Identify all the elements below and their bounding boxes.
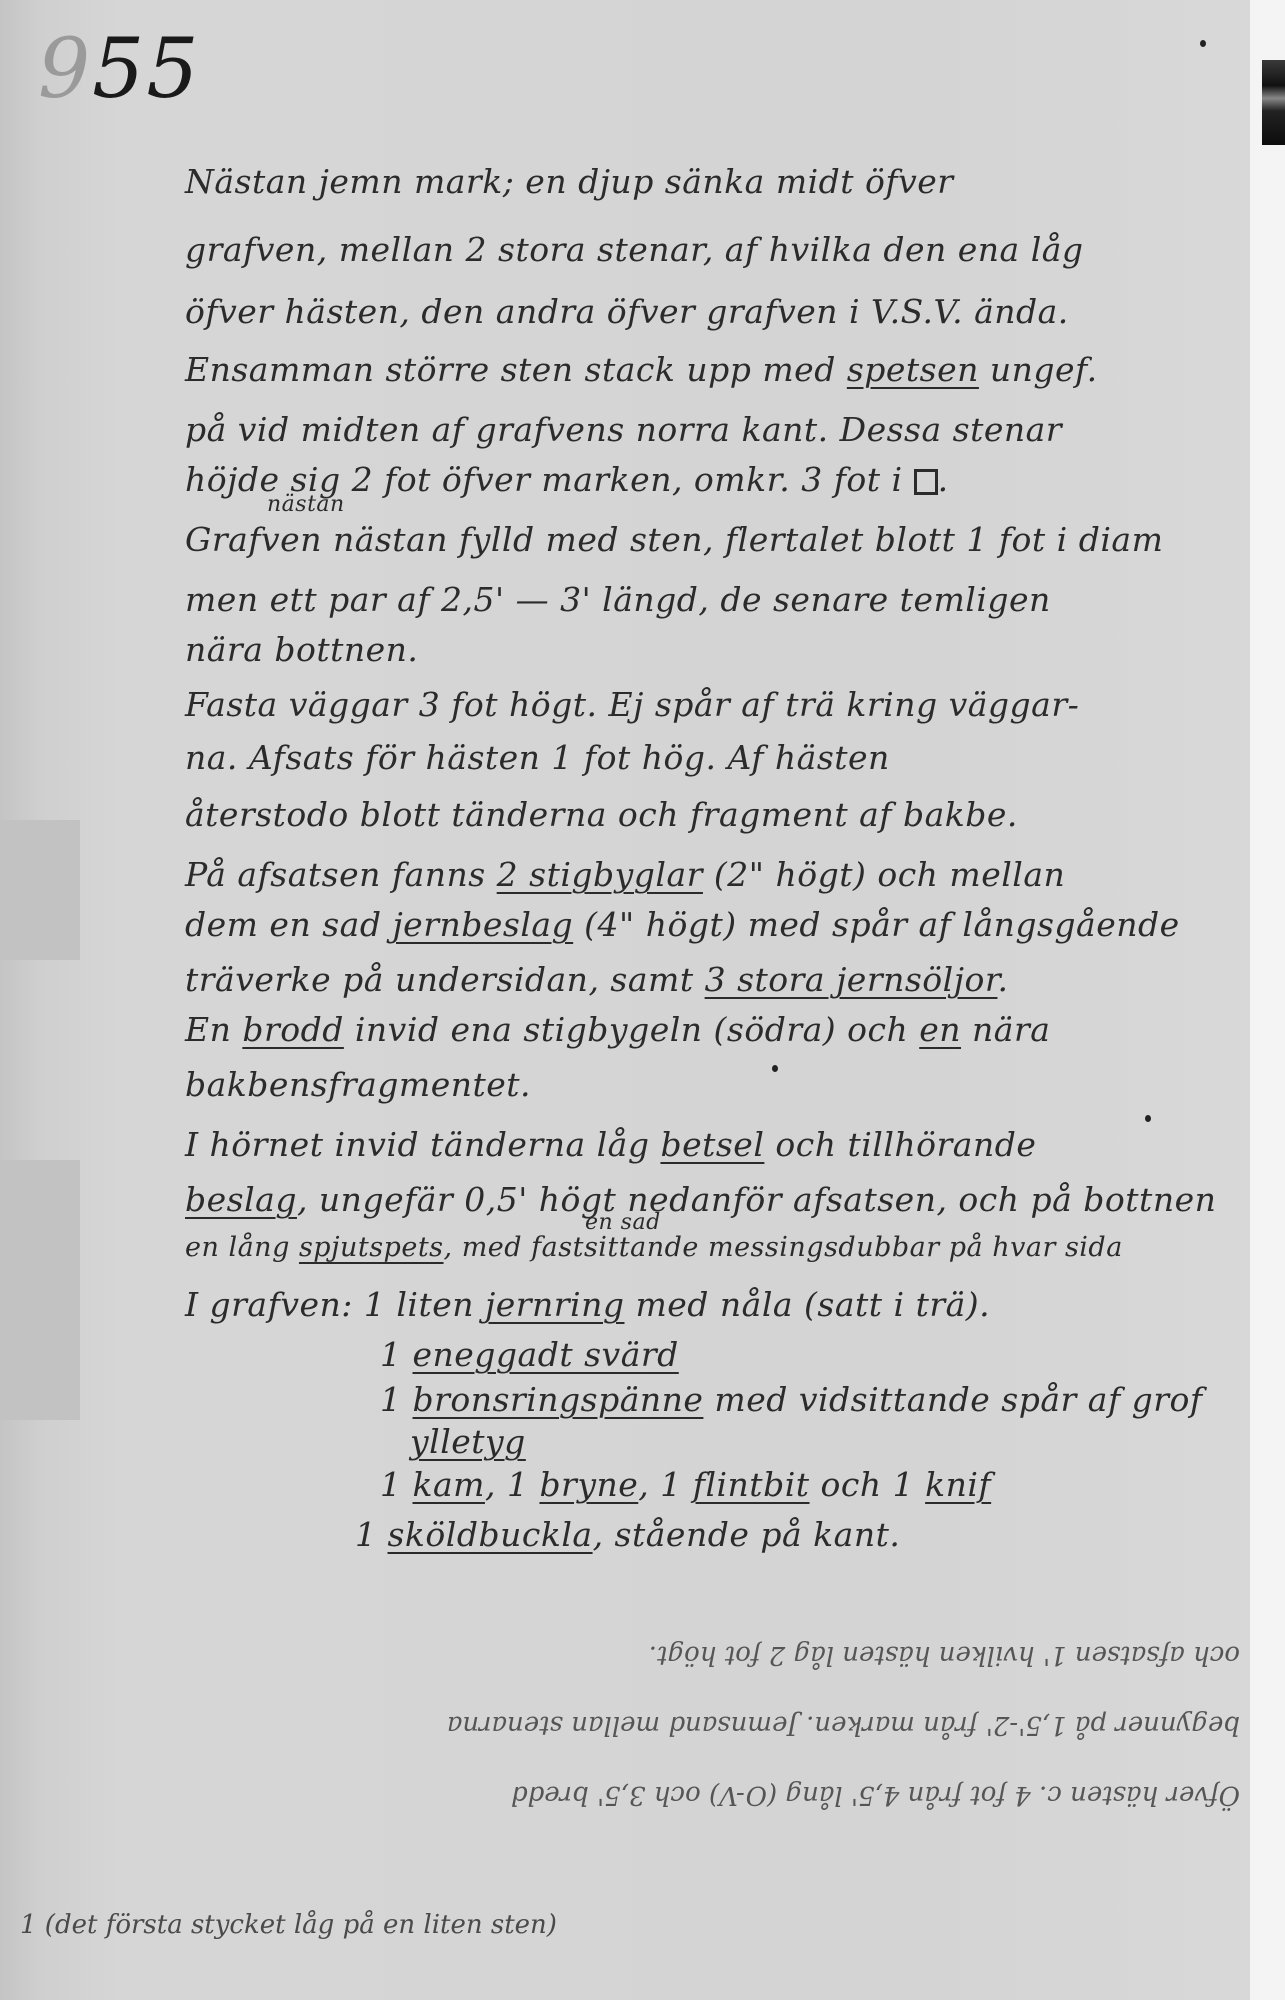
body-line: 1 sköldbuckla, stående på kant. [355,1515,900,1554]
body-line: na. Afsats för hästen 1 fot hög. Af häst… [185,738,890,777]
underlined-word: brodd [242,1010,344,1049]
body-line: träverke på undersidan, samt 3 stora jer… [185,960,1008,999]
square-symbol [914,469,938,495]
paper-tab-shadow [0,1160,80,1420]
page-number-main: 55 [92,22,200,117]
underlined-word: betsel [660,1125,764,1164]
underlined-word: en [919,1010,961,1049]
underlined-word: spetsen [847,350,979,389]
underlined-word: spjutspets [299,1232,444,1263]
ink-speck [772,1065,778,1072]
body-line: På afsatsen fanns 2 stigbyglar (2" högt)… [185,855,1065,894]
body-line: bakbensfragmentet. [185,1065,531,1104]
body-line: på vid midten af grafvens norra kant. De… [185,410,1062,449]
scan-edge [1250,0,1285,2000]
body-line: Fasta väggar 3 fot högt. Ej spår af trä … [185,685,1079,724]
interlinear-note: nästan [267,492,345,517]
underlined-word: flintbit [693,1465,810,1504]
body-line: I grafven: 1 liten jernring med nåla (sa… [185,1285,990,1324]
page-number-prefix: 9 [38,22,92,117]
underlined-word: knif [925,1465,991,1504]
underlined-word: ylletyg [410,1422,526,1461]
body-line: 1 bronsringspänne med vidsittande spår a… [380,1380,1203,1419]
page-number: 955 [38,22,201,117]
body-line: ylletyg [410,1422,526,1461]
body-line: I hörnet invid tänderna låg betsel och t… [185,1125,1036,1164]
body-line: en lång spjutspets, med fastsittande mes… [185,1232,1123,1263]
underlined-word: beslag [185,1180,297,1219]
body-line: En brodd invid ena stigbygeln (södra) oc… [185,1010,1050,1049]
body-line: grafven, mellan 2 stora stenar, af hvilk… [185,230,1084,269]
body-line: Ensamman större sten stack upp med spets… [185,350,1098,389]
underlined-word: eneggadt svärd [413,1335,679,1374]
ink-speck [1200,40,1206,47]
scan-edge-dark-mark [1262,60,1285,145]
upside-down-line: Öfver hästen c. 4 fot från 4,5' lång (O-… [511,1780,1240,1810]
underlined-word: sköldbuckla [388,1515,593,1554]
underlined-word: kam [413,1465,485,1504]
body-line: men ett par af 2,5' — 3' längd, de senar… [185,580,1051,619]
body-line: beslag, ungefär 0,5' högt nedanför afsat… [185,1180,1216,1219]
underlined-word: jernbeslag [392,905,573,944]
manuscript-page: 955 Nästan jemn mark; en djup sänka midt… [0,0,1250,2000]
body-line: återstodo blott tänderna och fragment af… [185,795,1018,834]
underlined-word: 3 stora jernsöljor [705,960,998,999]
underlined-word: jernring [485,1285,625,1324]
ink-speck [1145,1115,1151,1122]
underlined-word: bryne [539,1465,638,1504]
body-line: dem en sad jernbeslag (4" högt) med spår… [185,905,1180,944]
upside-down-line: och afsatsen 1' hvilken hästen låg 2 fot… [649,1640,1240,1670]
body-line: 1 eneggadt svärd [380,1335,679,1374]
body-line: Grafven nästan fylld med sten, flertalet… [185,520,1163,559]
body-line: Nästan jemn mark; en djup sänka midt öfv… [185,162,954,201]
underlined-word: bronsringspänne [413,1380,704,1419]
upside-down-text: Öfver hästen c. 4 fot från 4,5' lång (O-… [60,1600,1240,1830]
upside-down-line: begynner på 1,5'-2' från marken. Jemnsan… [447,1710,1240,1740]
underlined-word: 2 stigbyglar [497,855,703,894]
body-line: 1 kam, 1 bryne, 1 flintbit och 1 knif [380,1465,991,1504]
body-line: öfver hästen, den andra öfver grafven i … [185,292,1069,331]
body-line: nära bottnen. [185,630,418,669]
footnote: 1 (det första stycket låg på en liten st… [20,1910,557,1940]
paper-tab-shadow [0,820,80,960]
